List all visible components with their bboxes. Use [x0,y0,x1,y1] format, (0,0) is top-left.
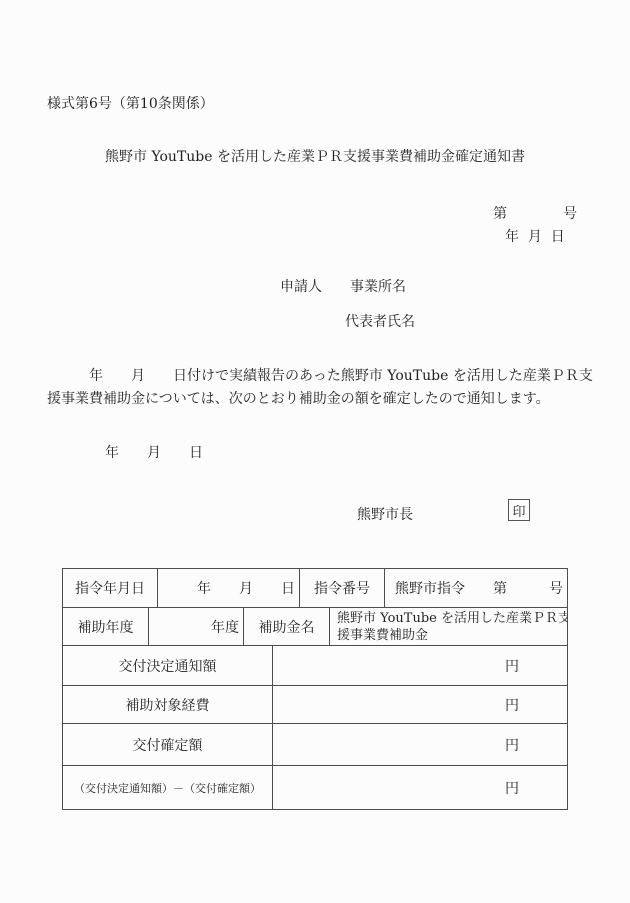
doc-number-line: 第 号 [493,204,577,224]
directive-date-label: 指令年月日 [63,569,158,607]
issue-date-line: 年 月 日 [105,443,203,463]
mayor-label: 熊野市長 [357,505,413,525]
table-row-subsidy: 補助年度 年度 補助金名 熊野市 YouTube を活用した産業ＰＲ支 援事業費… [63,608,567,646]
doc-date-line: 年 月 日 [505,227,565,247]
table-row-target-expense: 補助対象経費 円 [63,686,567,724]
table-row-difference: （交付決定通知額）－（交付確定額） 円 [63,766,567,809]
amount-unit: 円 [273,686,567,723]
subsidy-name-line-2: 援事業費補助金 [337,627,428,644]
directive-date-value: 年 月 日 [158,569,300,607]
seal-character: 印 [512,501,525,520]
document-title: 熊野市 YouTube を活用した産業ＰＲ支援事業費補助金確定通知書 [0,147,630,167]
subsidy-name-label: 補助金名 [244,608,330,645]
subsidy-year-value: 年度 [149,608,244,645]
directive-number-value: 熊野市指令 第 号 [385,569,567,607]
subsidy-table: 指令年月日 年 月 日 指令番号 熊野市指令 第 号 補助年度 年度 補助金名 … [62,568,568,810]
table-row-confirmed-amount: 交付確定額 円 [63,724,567,766]
table-row-decision-amount: 交付決定通知額 円 [63,646,567,686]
body-line-1: 年 月 日付けで実績報告のあった熊野市 YouTube を活用した産業ＰＲ支 [47,366,593,386]
amount-unit: 円 [273,646,567,685]
body-line-2: 援事業費補助金については、次のとおり補助金の額を確定したので通知します。 [47,389,550,409]
amount-row-label: （交付決定通知額）－（交付確定額） [63,766,273,809]
amount-row-label: 補助対象経費 [63,686,273,723]
table-row-directive: 指令年月日 年 月 日 指令番号 熊野市指令 第 号 [63,569,567,608]
amount-row-label: 交付確定額 [63,724,273,765]
amount-unit: 円 [273,766,567,809]
applicant-line: 申請人 事業所名 [280,277,406,297]
representative-line: 代表者氏名 [345,312,415,332]
subsidy-name-line-1: 熊野市 YouTube を活用した産業ＰＲ支 [337,610,567,627]
form-number-label: 様式第6号（第10条関係） [47,94,214,114]
directive-number-label: 指令番号 [300,569,385,607]
amount-unit: 円 [273,724,567,765]
amount-row-label: 交付決定通知額 [63,646,273,685]
subsidy-year-label: 補助年度 [63,608,149,645]
seal-mark: 印 [508,499,530,521]
subsidy-name-value: 熊野市 YouTube を活用した産業ＰＲ支 援事業費補助金 [330,608,567,645]
